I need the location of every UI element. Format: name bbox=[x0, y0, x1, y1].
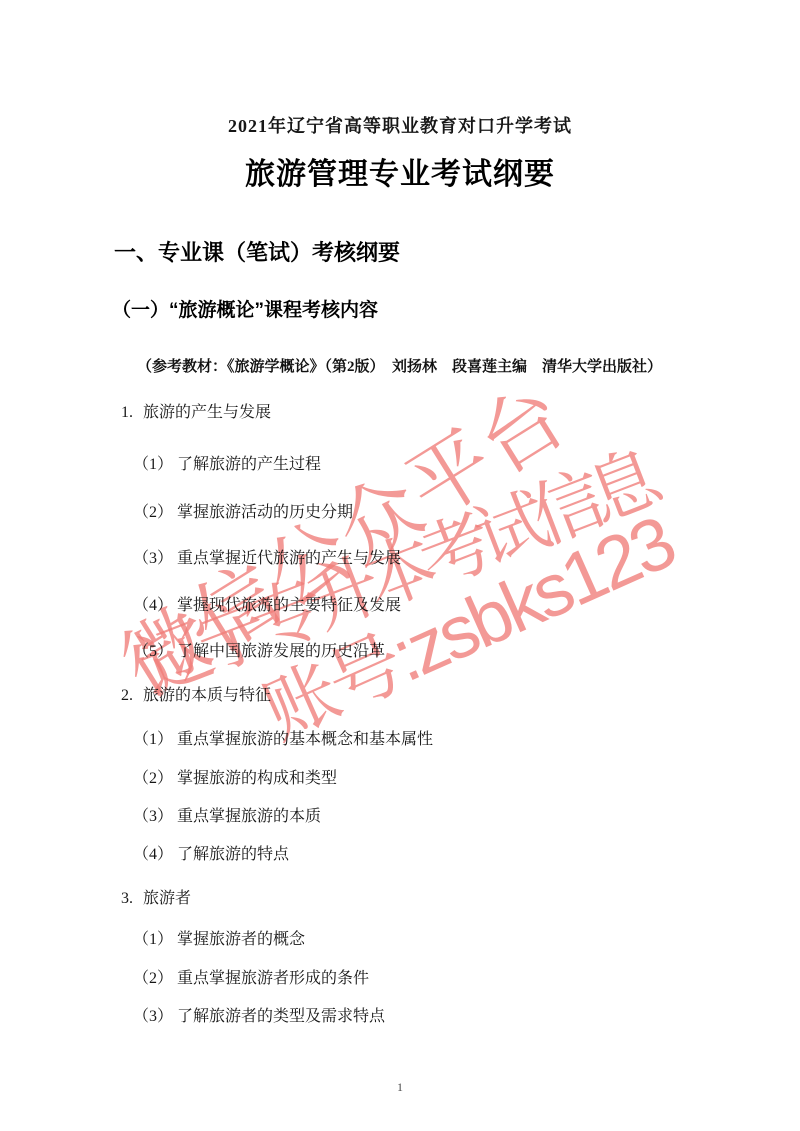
outline-point: （3）重点掌握近代旅游的产生与发展 bbox=[133, 550, 401, 568]
outline-point: （3）重点掌握旅游的本质 bbox=[133, 808, 321, 826]
outline-point: （5）了解中国旅游发展的历史沿革 bbox=[133, 643, 385, 661]
outline-point-text: 掌握旅游的构成和类型 bbox=[177, 770, 337, 787]
outline-point: （3）了解旅游者的类型及需求特点 bbox=[133, 1008, 385, 1026]
outline-item-title: 旅游者 bbox=[143, 890, 191, 907]
document-page: 微信公众平台 辽宁专升本考试信息 账号:zsbks123 2021年辽宁省高等职… bbox=[0, 0, 800, 1131]
outline-item-number: 3. bbox=[121, 890, 143, 908]
outline-point-text: 掌握旅游者的概念 bbox=[177, 931, 305, 948]
outline-point-number: （4） bbox=[133, 846, 177, 864]
document-body: 2021年辽宁省高等职业教育对口升学考试 旅游管理专业考试纲要 一、专业课（笔试… bbox=[0, 0, 800, 1131]
outline-point-text: 重点掌握旅游者形成的条件 bbox=[177, 970, 369, 987]
outline-point-number: （3） bbox=[133, 1008, 177, 1026]
outline-item-number: 2. bbox=[121, 687, 143, 705]
outline-point-text: 重点掌握旅游的基本概念和基本属性 bbox=[177, 731, 433, 748]
section-heading-written-exam: 一、专业课（笔试）考核纲要 bbox=[114, 240, 400, 266]
outline-point: （2）掌握旅游活动的历史分期 bbox=[133, 504, 353, 522]
outline-item: 1.旅游的产生与发展 bbox=[121, 404, 271, 422]
outline-point: （1）了解旅游的产生过程 bbox=[133, 456, 321, 474]
subsection-heading-course-content: （一）“旅游概论”课程考核内容 bbox=[112, 300, 378, 323]
outline-point: （1）掌握旅游者的概念 bbox=[133, 931, 305, 949]
outline-point-text: 重点掌握旅游的本质 bbox=[177, 808, 321, 825]
outline-point-number: （3） bbox=[133, 550, 177, 568]
page-number: 1 bbox=[0, 1080, 800, 1095]
outline-point-text: 了解旅游者的类型及需求特点 bbox=[177, 1008, 385, 1025]
outline-point-text: 了解旅游的特点 bbox=[177, 846, 289, 863]
outline-point-number: （3） bbox=[133, 808, 177, 826]
outline-point-number: （2） bbox=[133, 770, 177, 788]
outline-point-number: （1） bbox=[133, 731, 177, 749]
outline-point: （2）掌握旅游的构成和类型 bbox=[133, 770, 337, 788]
outline-item-number: 1. bbox=[121, 404, 143, 422]
outline-point-number: （5） bbox=[133, 643, 177, 661]
outline-point-text: 了解旅游的产生过程 bbox=[177, 456, 321, 473]
outline-item-title: 旅游的产生与发展 bbox=[143, 404, 271, 421]
outline-point-number: （1） bbox=[133, 931, 177, 949]
outline-point-text: 掌握现代旅游的主要特征及发展 bbox=[177, 597, 401, 614]
outline-point: （4）掌握现代旅游的主要特征及发展 bbox=[133, 597, 401, 615]
outline-item: 2.旅游的本质与特征 bbox=[121, 687, 271, 705]
outline-point: （1）重点掌握旅游的基本概念和基本属性 bbox=[133, 731, 433, 749]
outline-item-title: 旅游的本质与特征 bbox=[143, 687, 271, 704]
outline-point-number: （2） bbox=[133, 970, 177, 988]
outline-point: （4）了解旅游的特点 bbox=[133, 846, 289, 864]
outline-point-text: 了解中国旅游发展的历史沿革 bbox=[177, 643, 385, 660]
outline-point-text: 掌握旅游活动的历史分期 bbox=[177, 504, 353, 521]
outline-point-text: 重点掌握近代旅游的产生与发展 bbox=[177, 550, 401, 567]
exam-title: 2021年辽宁省高等职业教育对口升学考试 bbox=[0, 116, 800, 138]
outline-point-number: （2） bbox=[133, 504, 177, 522]
outline-item: 3.旅游者 bbox=[121, 890, 191, 908]
outline-point-number: （1） bbox=[133, 456, 177, 474]
outline-point-number: （4） bbox=[133, 597, 177, 615]
outline-point: （2）重点掌握旅游者形成的条件 bbox=[133, 970, 369, 988]
subject-title: 旅游管理专业考试纲要 bbox=[0, 157, 800, 193]
reference-textbook-note: （参考教材：《旅游学概论》（第2版） 刘扬林 段喜莲主编 清华大学出版社） bbox=[137, 358, 662, 378]
